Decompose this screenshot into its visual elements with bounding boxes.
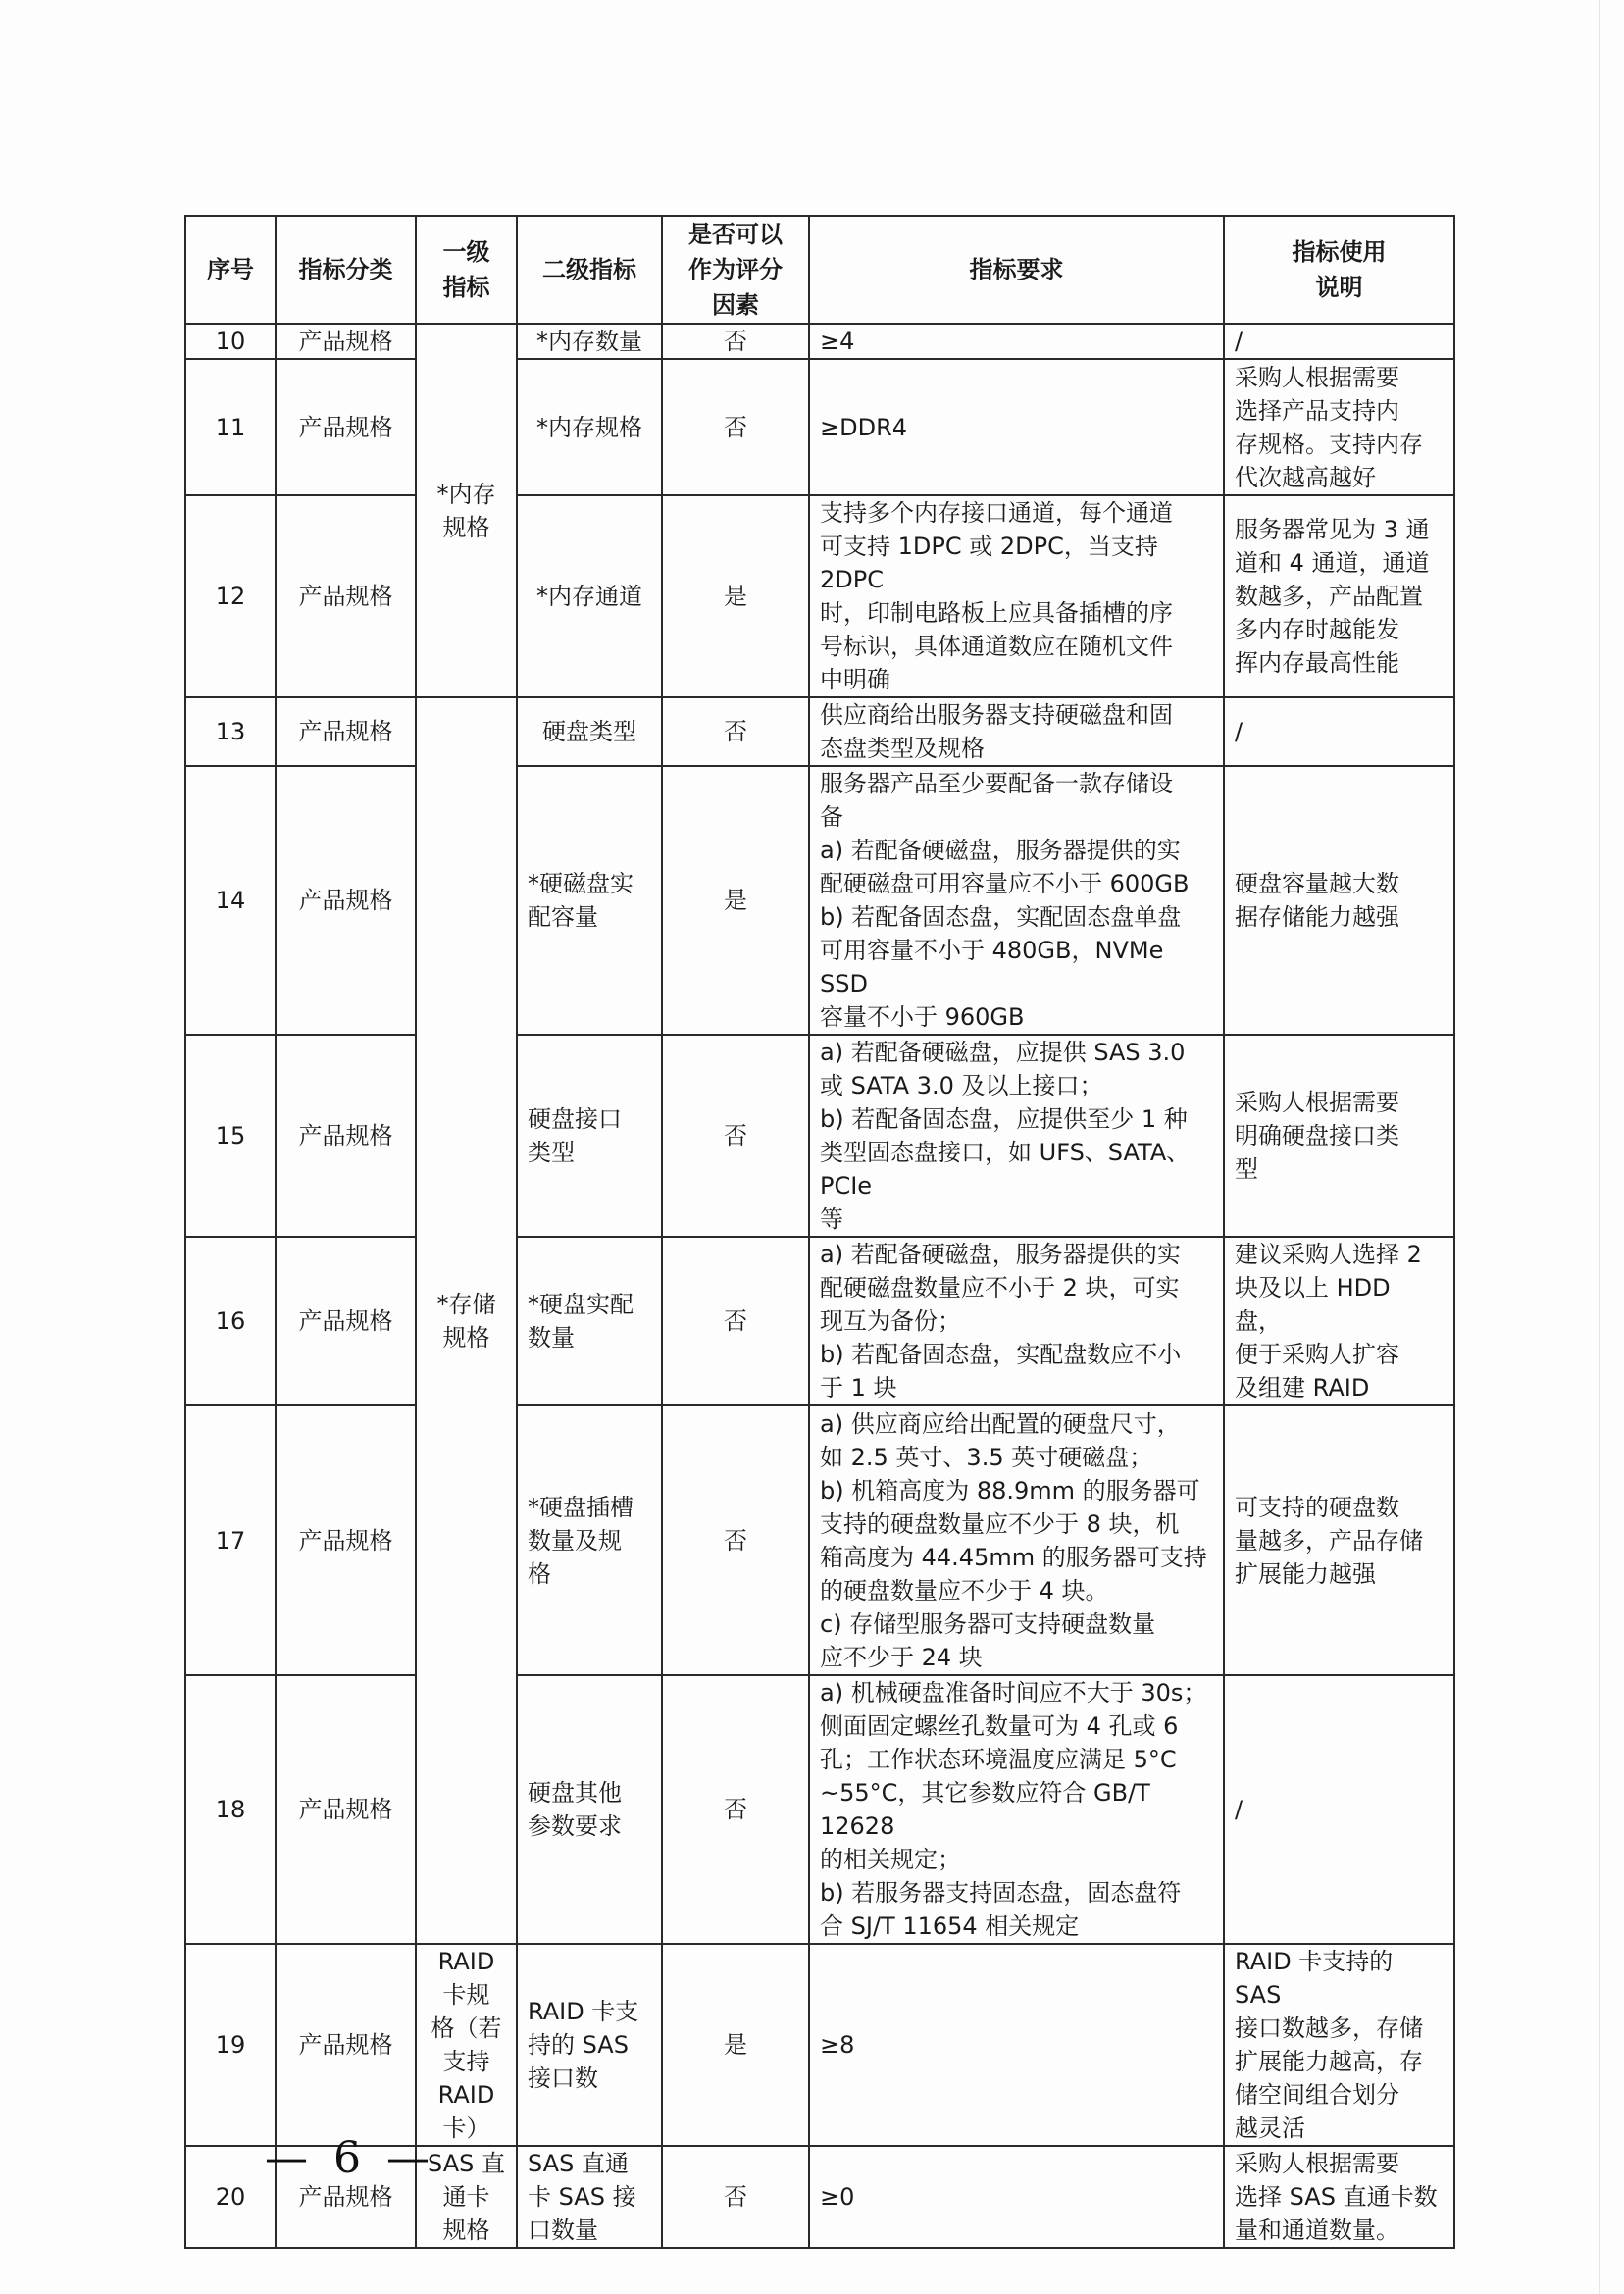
- cell-no: 11: [185, 359, 276, 495]
- cell-no: 17: [185, 1405, 276, 1675]
- cell-no: 15: [185, 1035, 276, 1237]
- header-level2: 二级指标: [517, 216, 662, 324]
- cell-notes: 服务器常见为 3 通 道和 4 通道，通道 数越多，产品配置 多内存时越能发 挥…: [1224, 495, 1454, 697]
- cell-no: 18: [185, 1675, 276, 1944]
- cell-level2: 硬盘接口 类型: [517, 1035, 662, 1237]
- cell-scoring: 否: [662, 359, 809, 495]
- cell-notes: 可支持的硬盘数 量越多，产品存储 扩展能力越强: [1224, 1405, 1454, 1675]
- table-row: 19 产品规格 RAID 卡规 格（若 支持 RAID 卡） RAID 卡支 持…: [185, 1944, 1454, 2146]
- cell-level2: *内存通道: [517, 495, 662, 697]
- cell-requirement: ≥8: [809, 1944, 1224, 2146]
- header-no: 序号: [185, 216, 276, 324]
- cell-category: 产品规格: [276, 697, 416, 766]
- spec-table: 序号 指标分类 一级 指标 二级指标 是否可以 作为评分 因素 指标要求 指标使…: [184, 215, 1455, 2249]
- cell-requirement: a) 供应商应给出配置的硬盘尺寸， 如 2.5 英寸、3.5 英寸硬磁盘； b)…: [809, 1405, 1224, 1675]
- cell-scoring: 否: [662, 2146, 809, 2248]
- cell-notes: /: [1224, 324, 1454, 359]
- table-row: 16 产品规格 *硬盘实配 数量 否 a) 若配备硬磁盘，服务器提供的实 配硬磁…: [185, 1237, 1454, 1405]
- header-level1: 一级 指标: [416, 216, 517, 324]
- cell-requirement: ≥DDR4: [809, 359, 1224, 495]
- header-scoring: 是否可以 作为评分 因素: [662, 216, 809, 324]
- cell-notes: 建议采购人选择 2 块及以上 HDD 盘， 便于采购人扩容 及组建 RAID: [1224, 1237, 1454, 1405]
- cell-category: 产品规格: [276, 1405, 416, 1675]
- table-row: 12 产品规格 *内存通道 是 支持多个内存接口通道，每个通道 可支持 1DPC…: [185, 495, 1454, 697]
- cell-level2: 硬盘类型: [517, 697, 662, 766]
- cell-notes: 采购人根据需要 选择产品支持内 存规格。支持内存 代次越高越好: [1224, 359, 1454, 495]
- cell-no: 19: [185, 1944, 276, 2146]
- cell-requirement: a) 若配备硬磁盘，应提供 SAS 3.0 或 SATA 3.0 及以上接口； …: [809, 1035, 1224, 1237]
- cell-category: 产品规格: [276, 1237, 416, 1405]
- cell-scoring: 否: [662, 1035, 809, 1237]
- cell-requirement: a) 机械硬盘准备时间应不大于 30s； 侧面固定螺丝孔数量可为 4 孔或 6 …: [809, 1675, 1224, 1944]
- cell-no: 12: [185, 495, 276, 697]
- cell-level2: *内存规格: [517, 359, 662, 495]
- cell-category: 产品规格: [276, 495, 416, 697]
- cell-level1-raid: RAID 卡规 格（若 支持 RAID 卡）: [416, 1944, 517, 2146]
- cell-requirement: a) 若配备硬磁盘，服务器提供的实 配硬磁盘数量应不小于 2 块，可实 现互为备…: [809, 1237, 1224, 1405]
- cell-scoring: 否: [662, 697, 809, 766]
- cell-level2: RAID 卡支 持的 SAS 接口数: [517, 1944, 662, 2146]
- table-row: 15 产品规格 硬盘接口 类型 否 a) 若配备硬磁盘，应提供 SAS 3.0 …: [185, 1035, 1454, 1237]
- cell-scoring: 是: [662, 495, 809, 697]
- cell-level2: *内存数量: [517, 324, 662, 359]
- cell-level2: SAS 直通 卡 SAS 接 口数量: [517, 2146, 662, 2248]
- cell-notes: 硬盘容量越大数 据存储能力越强: [1224, 766, 1454, 1035]
- cell-category: 产品规格: [276, 324, 416, 359]
- cell-scoring: 否: [662, 1405, 809, 1675]
- scan-edge-line: [1599, 0, 1600, 2294]
- header-requirement: 指标要求: [809, 216, 1224, 324]
- cell-notes: /: [1224, 1675, 1454, 1944]
- cell-no: 13: [185, 697, 276, 766]
- cell-requirement: ≥0: [809, 2146, 1224, 2248]
- cell-scoring: 否: [662, 324, 809, 359]
- cell-no: 14: [185, 766, 276, 1035]
- cell-level1-memory: *内存 规格: [416, 324, 517, 697]
- cell-category: 产品规格: [276, 1035, 416, 1237]
- cell-category: 产品规格: [276, 359, 416, 495]
- cell-scoring: 是: [662, 1944, 809, 2146]
- cell-requirement: 支持多个内存接口通道，每个通道 可支持 1DPC 或 2DPC，当支持 2DPC…: [809, 495, 1224, 697]
- cell-category: 产品规格: [276, 1675, 416, 1944]
- table-row: 13 产品规格 *存储 规格 硬盘类型 否 供应商给出服务器支持硬磁盘和固 态盘…: [185, 697, 1454, 766]
- cell-requirement: 供应商给出服务器支持硬磁盘和固 态盘类型及规格: [809, 697, 1224, 766]
- page-number: — 6 —: [265, 2133, 435, 2183]
- cell-level2: *硬盘实配 数量: [517, 1237, 662, 1405]
- cell-scoring: 否: [662, 1237, 809, 1405]
- header-category: 指标分类: [276, 216, 416, 324]
- cell-level1-storage: *存储 规格: [416, 697, 517, 1944]
- cell-no: 10: [185, 324, 276, 359]
- cell-notes: 采购人根据需要 选择 SAS 直通卡数 量和通道数量。: [1224, 2146, 1454, 2248]
- cell-notes: /: [1224, 697, 1454, 766]
- table-row: 18 产品规格 硬盘其他 参数要求 否 a) 机械硬盘准备时间应不大于 30s；…: [185, 1675, 1454, 1944]
- cell-scoring: 否: [662, 1675, 809, 1944]
- table-row: 17 产品规格 *硬盘插槽 数量及规 格 否 a) 供应商应给出配置的硬盘尺寸，…: [185, 1405, 1454, 1675]
- cell-level2: 硬盘其他 参数要求: [517, 1675, 662, 1944]
- cell-notes: 采购人根据需要 明确硬盘接口类 型: [1224, 1035, 1454, 1237]
- cell-notes: RAID 卡支持的 SAS 接口数越多，存储 扩展能力越高，存 储空间组合划分 …: [1224, 1944, 1454, 2146]
- header-notes: 指标使用 说明: [1224, 216, 1454, 324]
- cell-no: 20: [185, 2146, 276, 2248]
- cell-level2: *硬盘插槽 数量及规 格: [517, 1405, 662, 1675]
- header-row: 序号 指标分类 一级 指标 二级指标 是否可以 作为评分 因素 指标要求 指标使…: [185, 216, 1454, 324]
- cell-level2: *硬磁盘实 配容量: [517, 766, 662, 1035]
- cell-requirement: ≥4: [809, 324, 1224, 359]
- table-row: 14 产品规格 *硬磁盘实 配容量 是 服务器产品至少要配备一款存储设 备 a)…: [185, 766, 1454, 1035]
- cell-scoring: 是: [662, 766, 809, 1035]
- table-row: 11 产品规格 *内存规格 否 ≥DDR4 采购人根据需要 选择产品支持内 存规…: [185, 359, 1454, 495]
- cell-category: 产品规格: [276, 1944, 416, 2146]
- cell-category: 产品规格: [276, 766, 416, 1035]
- cell-no: 16: [185, 1237, 276, 1405]
- cell-requirement: 服务器产品至少要配备一款存储设 备 a) 若配备硬磁盘，服务器提供的实 配硬磁盘…: [809, 766, 1224, 1035]
- table-row: 10 产品规格 *内存 规格 *内存数量 否 ≥4 /: [185, 324, 1454, 359]
